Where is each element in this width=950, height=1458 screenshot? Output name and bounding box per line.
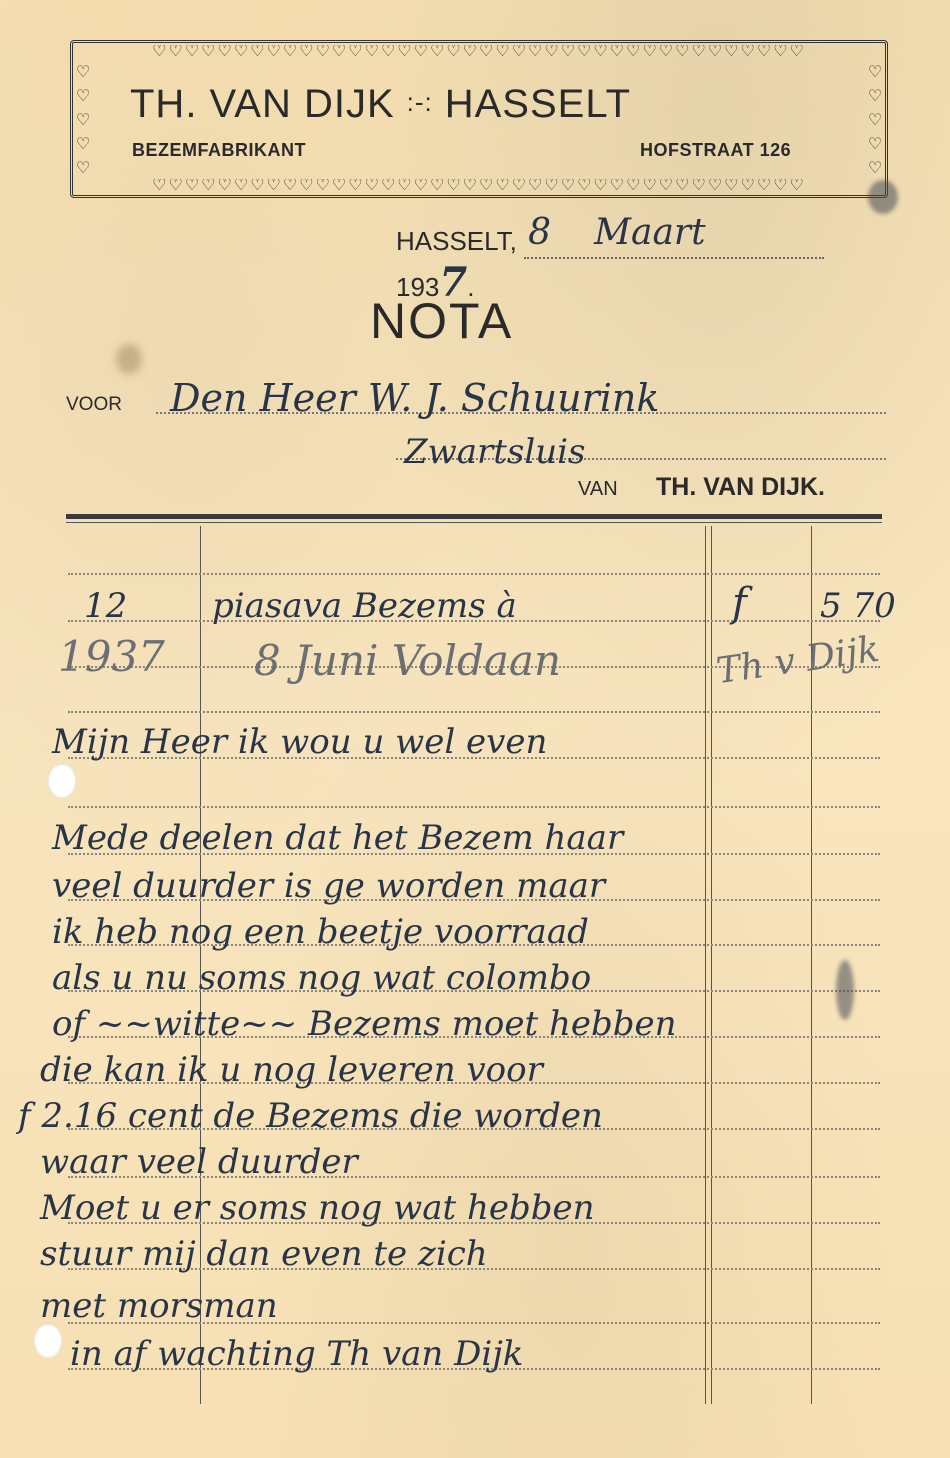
date-place: HASSELT, <box>396 226 517 256</box>
date-month: Maart <box>594 212 705 253</box>
date-dotted-field: 8 Maart <box>524 226 824 259</box>
letterhead-title: TH. VAN DIJK:-:HASSELT <box>130 82 830 127</box>
letter-line: Moet u er soms nog wat hebben <box>40 1188 595 1228</box>
item-currency: f <box>732 580 747 626</box>
punch-hole <box>48 764 76 798</box>
company-trade: BEZEMFABRIKANT <box>132 140 306 161</box>
recipient-place: Zwartsluis <box>404 432 585 472</box>
item-quantity: 12 <box>84 586 127 626</box>
header-rule-thick <box>66 514 882 519</box>
company-name: TH. VAN DIJK <box>130 82 395 126</box>
heart-border-right-icon: ♡♡♡♡♡♡ <box>867 61 883 177</box>
company-city: HASSELT <box>445 82 631 126</box>
title-separator: :-: <box>407 87 433 117</box>
payment-year: 1937 <box>58 632 165 681</box>
payment-status: 8 Juni Voldaan <box>254 636 561 685</box>
letter-line: veel duurder is ge worden maar <box>52 866 605 906</box>
ruled-row <box>68 806 880 808</box>
letter-line: waar veel duurder <box>40 1142 358 1182</box>
sender-name: TH. VAN DIJK. <box>656 473 825 502</box>
sender-label: VAN <box>578 478 618 501</box>
document-title: NOTA <box>370 292 513 350</box>
header-rule-thin <box>66 522 882 523</box>
letter-line: of ~~witte~~ Bezems moet hebben <box>52 1004 677 1044</box>
letter-line: f 2.16 cent de Bezems die worden <box>18 1096 603 1136</box>
recipient-label: VOOR <box>66 394 122 416</box>
letter-line: Mede deelen dat het Bezem haar <box>52 818 623 858</box>
heart-border-bottom-icon: ♡♡♡♡♡♡♡♡♡♡♡♡♡♡♡♡♡♡♡♡♡♡♡♡♡♡♡♡♡♡♡♡♡♡♡♡♡♡♡♡ <box>73 179 885 193</box>
date-day: 8 <box>528 212 551 253</box>
letter-line: als u nu soms nog wat colombo <box>52 958 591 998</box>
ruled-row <box>68 711 880 713</box>
column-divider-desc-a <box>705 526 706 1404</box>
punch-hole <box>34 1324 62 1358</box>
letter-closing: in af wachting Th van Dijk <box>70 1334 523 1374</box>
letter-line: met morsman <box>40 1286 278 1326</box>
heart-border-left-icon: ♡♡♡♡♡♡ <box>75 61 91 177</box>
heart-border-top-icon: ♡♡♡♡♡♡♡♡♡♡♡♡♡♡♡♡♡♡♡♡♡♡♡♡♡♡♡♡♡♡♡♡♡♡♡♡♡♡♡♡ <box>73 45 885 59</box>
payment-signature: Th v Dijk <box>714 629 882 692</box>
column-divider-desc-b <box>711 526 712 1404</box>
stain <box>116 344 142 374</box>
recipient-name: Den Heer W. J. Schuurink <box>170 376 659 420</box>
letter-line: ik heb nog een beetje voorraad <box>52 912 589 952</box>
letter-line: stuur mij dan even te zich <box>40 1234 488 1274</box>
item-amount: 5 70 <box>820 586 896 626</box>
ruled-row <box>68 573 880 575</box>
letter-line: die kan ik u nog leveren voor <box>40 1050 543 1090</box>
item-description: piasava Bezems à <box>212 586 517 626</box>
ink-blot <box>868 180 898 214</box>
letter-line: Mijn Heer ik wou u wel even <box>52 722 547 762</box>
ink-smudge <box>836 960 854 1020</box>
company-address: HOFSTRAAT 126 <box>640 140 791 161</box>
